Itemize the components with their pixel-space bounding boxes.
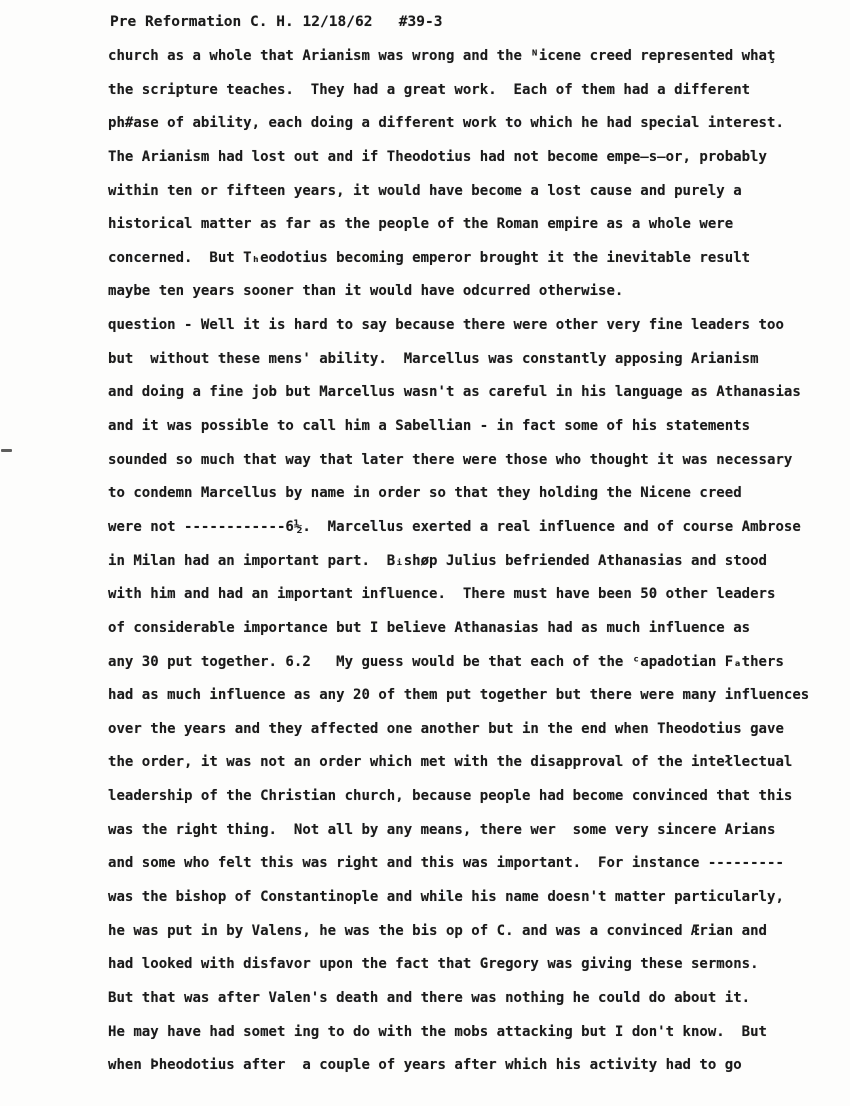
- margin-stray-mark: [1, 449, 12, 452]
- typed-line: had as much influence as any 20 of them …: [108, 687, 838, 721]
- typed-line: of considerable importance but I believe…: [108, 620, 838, 654]
- typed-line: with him and had an important influence.…: [108, 586, 838, 620]
- typed-line: any 30 put together. 6.2 My guess would …: [108, 654, 838, 688]
- typed-line: and some who felt this was right and thi…: [108, 855, 838, 889]
- typed-line: The Arianism had lost out and if Theodot…: [108, 149, 838, 183]
- typed-line: He may have had somet ing to do with the…: [108, 1024, 838, 1058]
- typed-line: and it was possible to call him a Sabell…: [108, 418, 838, 452]
- typed-line: the scripture teaches. They had a great …: [108, 82, 838, 116]
- typed-line: but without these mens' ability. Marcell…: [108, 351, 838, 385]
- typed-line: But that was after Valen's death and the…: [108, 990, 838, 1024]
- typed-line: he was put in by Valens, he was the bis …: [108, 923, 838, 957]
- page-header: Pre Reformation C. H. 12/18/62 #39-3: [110, 14, 443, 30]
- typed-line: and doing a fine job but Marcellus wasn'…: [108, 384, 838, 418]
- typed-line: over the years and they affected one ano…: [108, 721, 838, 755]
- typed-line: maybe ten years sooner than it would hav…: [108, 283, 838, 317]
- typed-line: church as a whole that Arianism was wron…: [108, 48, 838, 82]
- typed-line: was the right thing. Not all by any mean…: [108, 822, 838, 856]
- typed-line: were not ------------6½. Marcellus exert…: [108, 519, 838, 553]
- typed-line: the order, it was not an order which met…: [108, 754, 838, 788]
- typed-line: to condemn Marcellus by name in order so…: [108, 485, 838, 519]
- typed-line: had looked with disfavor upon the fact t…: [108, 956, 838, 990]
- typewritten-page: Pre Reformation C. H. 12/18/62 #39-3 chu…: [0, 0, 850, 1106]
- typed-line: concerned. But Tₕeodotius becoming emper…: [108, 250, 838, 284]
- typed-line: sounded so much that way that later ther…: [108, 452, 838, 486]
- typed-line: historical matter as far as the people o…: [108, 216, 838, 250]
- typed-line: in Milan had an important part. Bᵢshøp J…: [108, 553, 838, 587]
- typed-line: question - Well it is hard to say becaus…: [108, 317, 838, 351]
- typed-line: was the bishop of Constantinople and whi…: [108, 889, 838, 923]
- page-body: church as a whole that Arianism was wron…: [108, 48, 838, 1091]
- typed-line: ph#ase of ability, each doing a differen…: [108, 115, 838, 149]
- typed-line: leadership of the Christian church, beca…: [108, 788, 838, 822]
- typed-line: within ten or fifteen years, it would ha…: [108, 183, 838, 217]
- typed-line: when Þheodotius after a couple of years …: [108, 1057, 838, 1091]
